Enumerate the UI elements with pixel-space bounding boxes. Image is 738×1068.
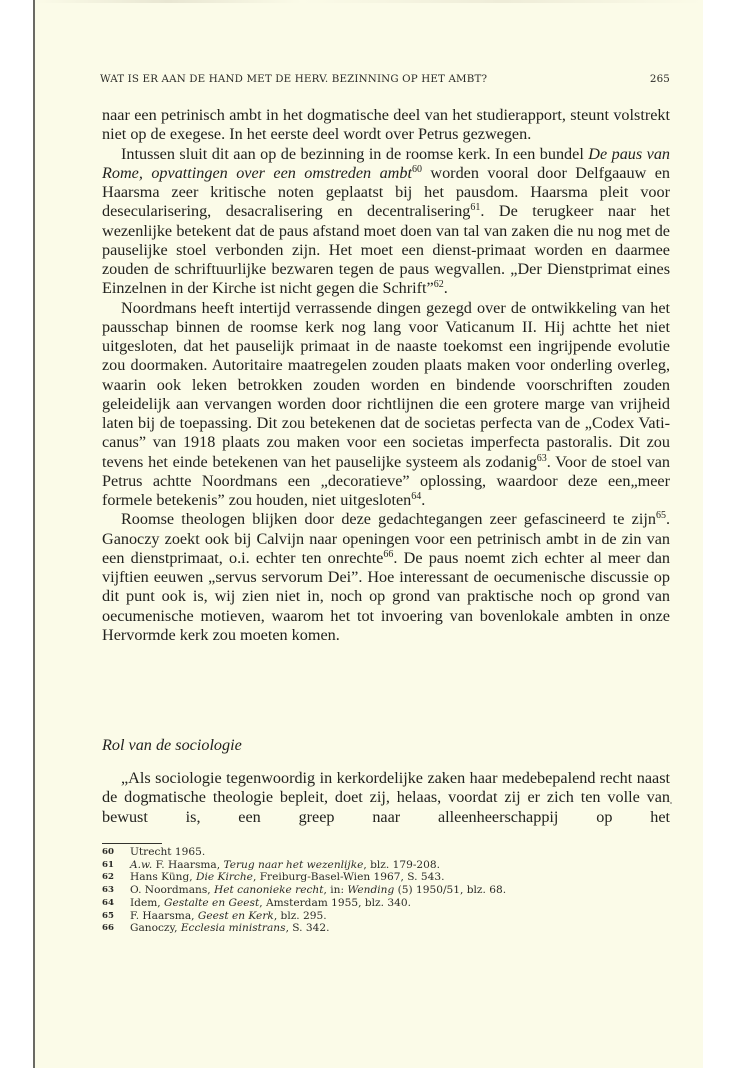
footnote-number: 63 (102, 884, 130, 897)
italic-text: Het canonieke recht (214, 884, 323, 896)
text-run: Noordmans heeft intertijd verrassende di… (102, 299, 670, 471)
footnote-62: 62Hans Küng, Die Kirche, Freiburg-Basel-… (102, 871, 622, 884)
footnote-text: Ganoczy, Ecclesia ministrans, S. 342. (130, 922, 330, 935)
footnote-number: 64 (102, 897, 130, 910)
text-run: , blz. 295. (274, 910, 327, 922)
body-text: naar een petrinisch ambt in het dogmatis… (102, 106, 670, 645)
text-run: Roomse theologen blijken door deze gedac… (121, 510, 656, 528)
italic-text: A.w. (130, 859, 152, 871)
text-run: Intussen sluit dit aan op de bezinning i… (121, 145, 588, 163)
footnote-reference: 63 (537, 453, 547, 464)
section-paragraph: „Als sociologie tegenwoordig in kerkorde… (102, 769, 670, 827)
text-run: . (421, 491, 425, 509)
paragraph: Roomse theologen blijken door deze gedac… (102, 510, 670, 645)
text-run: Idem, (130, 897, 164, 909)
text-run: O. Noordmans, (130, 884, 214, 896)
text-run: Hans Küng, (130, 871, 196, 883)
footnote-reference: 65 (656, 510, 666, 521)
section-heading: Rol van de sociologie (102, 736, 242, 755)
text-run: F. Haarsma, (130, 910, 198, 922)
footnote-rule (102, 843, 162, 844)
footnotes: 60Utrecht 1965.61A.w. F. Haarsma, Terug … (102, 846, 622, 935)
text-run: . (444, 279, 448, 297)
scanned-page: WAT IS ER AAN DE HAND MET DE HERV. BEZIN… (33, 0, 703, 1068)
italic-text: Ecclesia ministrans (181, 922, 286, 934)
footnote-reference: 61 (470, 202, 480, 213)
footnote-number: 66 (102, 922, 130, 935)
italic-text: Terug naar het wezenlijke (223, 859, 363, 871)
footnote-64: 64Idem, Gestalte en Geest, Amsterdam 195… (102, 897, 622, 910)
footnote-61: 61A.w. F. Haarsma, Terug naar het wezenl… (102, 859, 622, 872)
text-run: , S. 342. (286, 922, 330, 934)
footnote-number: 60 (102, 846, 130, 859)
text-run: Ganoczy, (130, 922, 181, 934)
footnote-text: Utrecht 1965. (130, 846, 205, 859)
text-run: F. Haarsma, (152, 859, 223, 871)
paragraph: Noordmans heeft intertijd verrassende di… (102, 299, 670, 511)
footnote-number: 62 (102, 871, 130, 884)
footnote-number: 65 (102, 910, 130, 923)
text-run: , Amsterdam 1955, blz. 340. (259, 897, 411, 909)
paragraph: Intussen sluit dit aan op de bezinning i… (102, 145, 670, 299)
italic-text: Geest en Kerk (198, 910, 274, 922)
text-run: , Freiburg-Basel-Wien 1967, S. 543. (253, 871, 444, 883)
running-head-title: WAT IS ER AAN DE HAND MET DE HERV. BEZIN… (100, 73, 487, 85)
text-run: (5) 1950/51, blz. 68. (394, 884, 506, 896)
text-run: Utrecht 1965. (130, 846, 205, 858)
footnote-text: Idem, Gestalte en Geest, Amsterdam 1955,… (130, 897, 411, 910)
scan-speck (670, 802, 672, 804)
section-body: „Als sociologie tegenwoordig in kerkorde… (102, 769, 670, 827)
footnote-text: O. Noordmans, Het canonieke recht, in: W… (130, 884, 506, 897)
text-run: , in: (324, 884, 348, 896)
footnote-reference: 66 (383, 549, 393, 560)
footnote-text: A.w. F. Haarsma, Terug naar het wezenlij… (130, 859, 440, 872)
footnote-65: 65F. Haarsma, Geest en Kerk, blz. 295. (102, 910, 622, 923)
footnote-text: Hans Küng, Die Kirche, Freiburg-Basel-Wi… (130, 871, 444, 884)
page-top-edge (35, 0, 703, 3)
footnote-reference: 60 (412, 164, 422, 175)
running-head: WAT IS ER AAN DE HAND MET DE HERV. BEZIN… (100, 73, 670, 89)
italic-text: Gestalte en Geest (164, 897, 259, 909)
footnote-60: 60Utrecht 1965. (102, 846, 622, 859)
italic-text: Die Kirche (196, 871, 253, 883)
page-number: 265 (650, 73, 670, 85)
footnote-reference: 64 (411, 491, 421, 502)
footnote-reference: 62 (434, 279, 444, 290)
footnote-text: F. Haarsma, Geest en Kerk, blz. 295. (130, 910, 327, 923)
footnote-number: 61 (102, 859, 130, 872)
text-run: , blz. 179-208. (363, 859, 440, 871)
footnote-66: 66Ganoczy, Ecclesia ministrans, S. 342. (102, 922, 622, 935)
paragraph: naar een petrinisch ambt in het dogmatis… (102, 106, 670, 145)
italic-text: Wending (347, 884, 394, 896)
footnote-63: 63O. Noordmans, Het canonieke recht, in:… (102, 884, 622, 897)
text-run: naar een petrinisch ambt in het dogmatis… (102, 106, 670, 143)
